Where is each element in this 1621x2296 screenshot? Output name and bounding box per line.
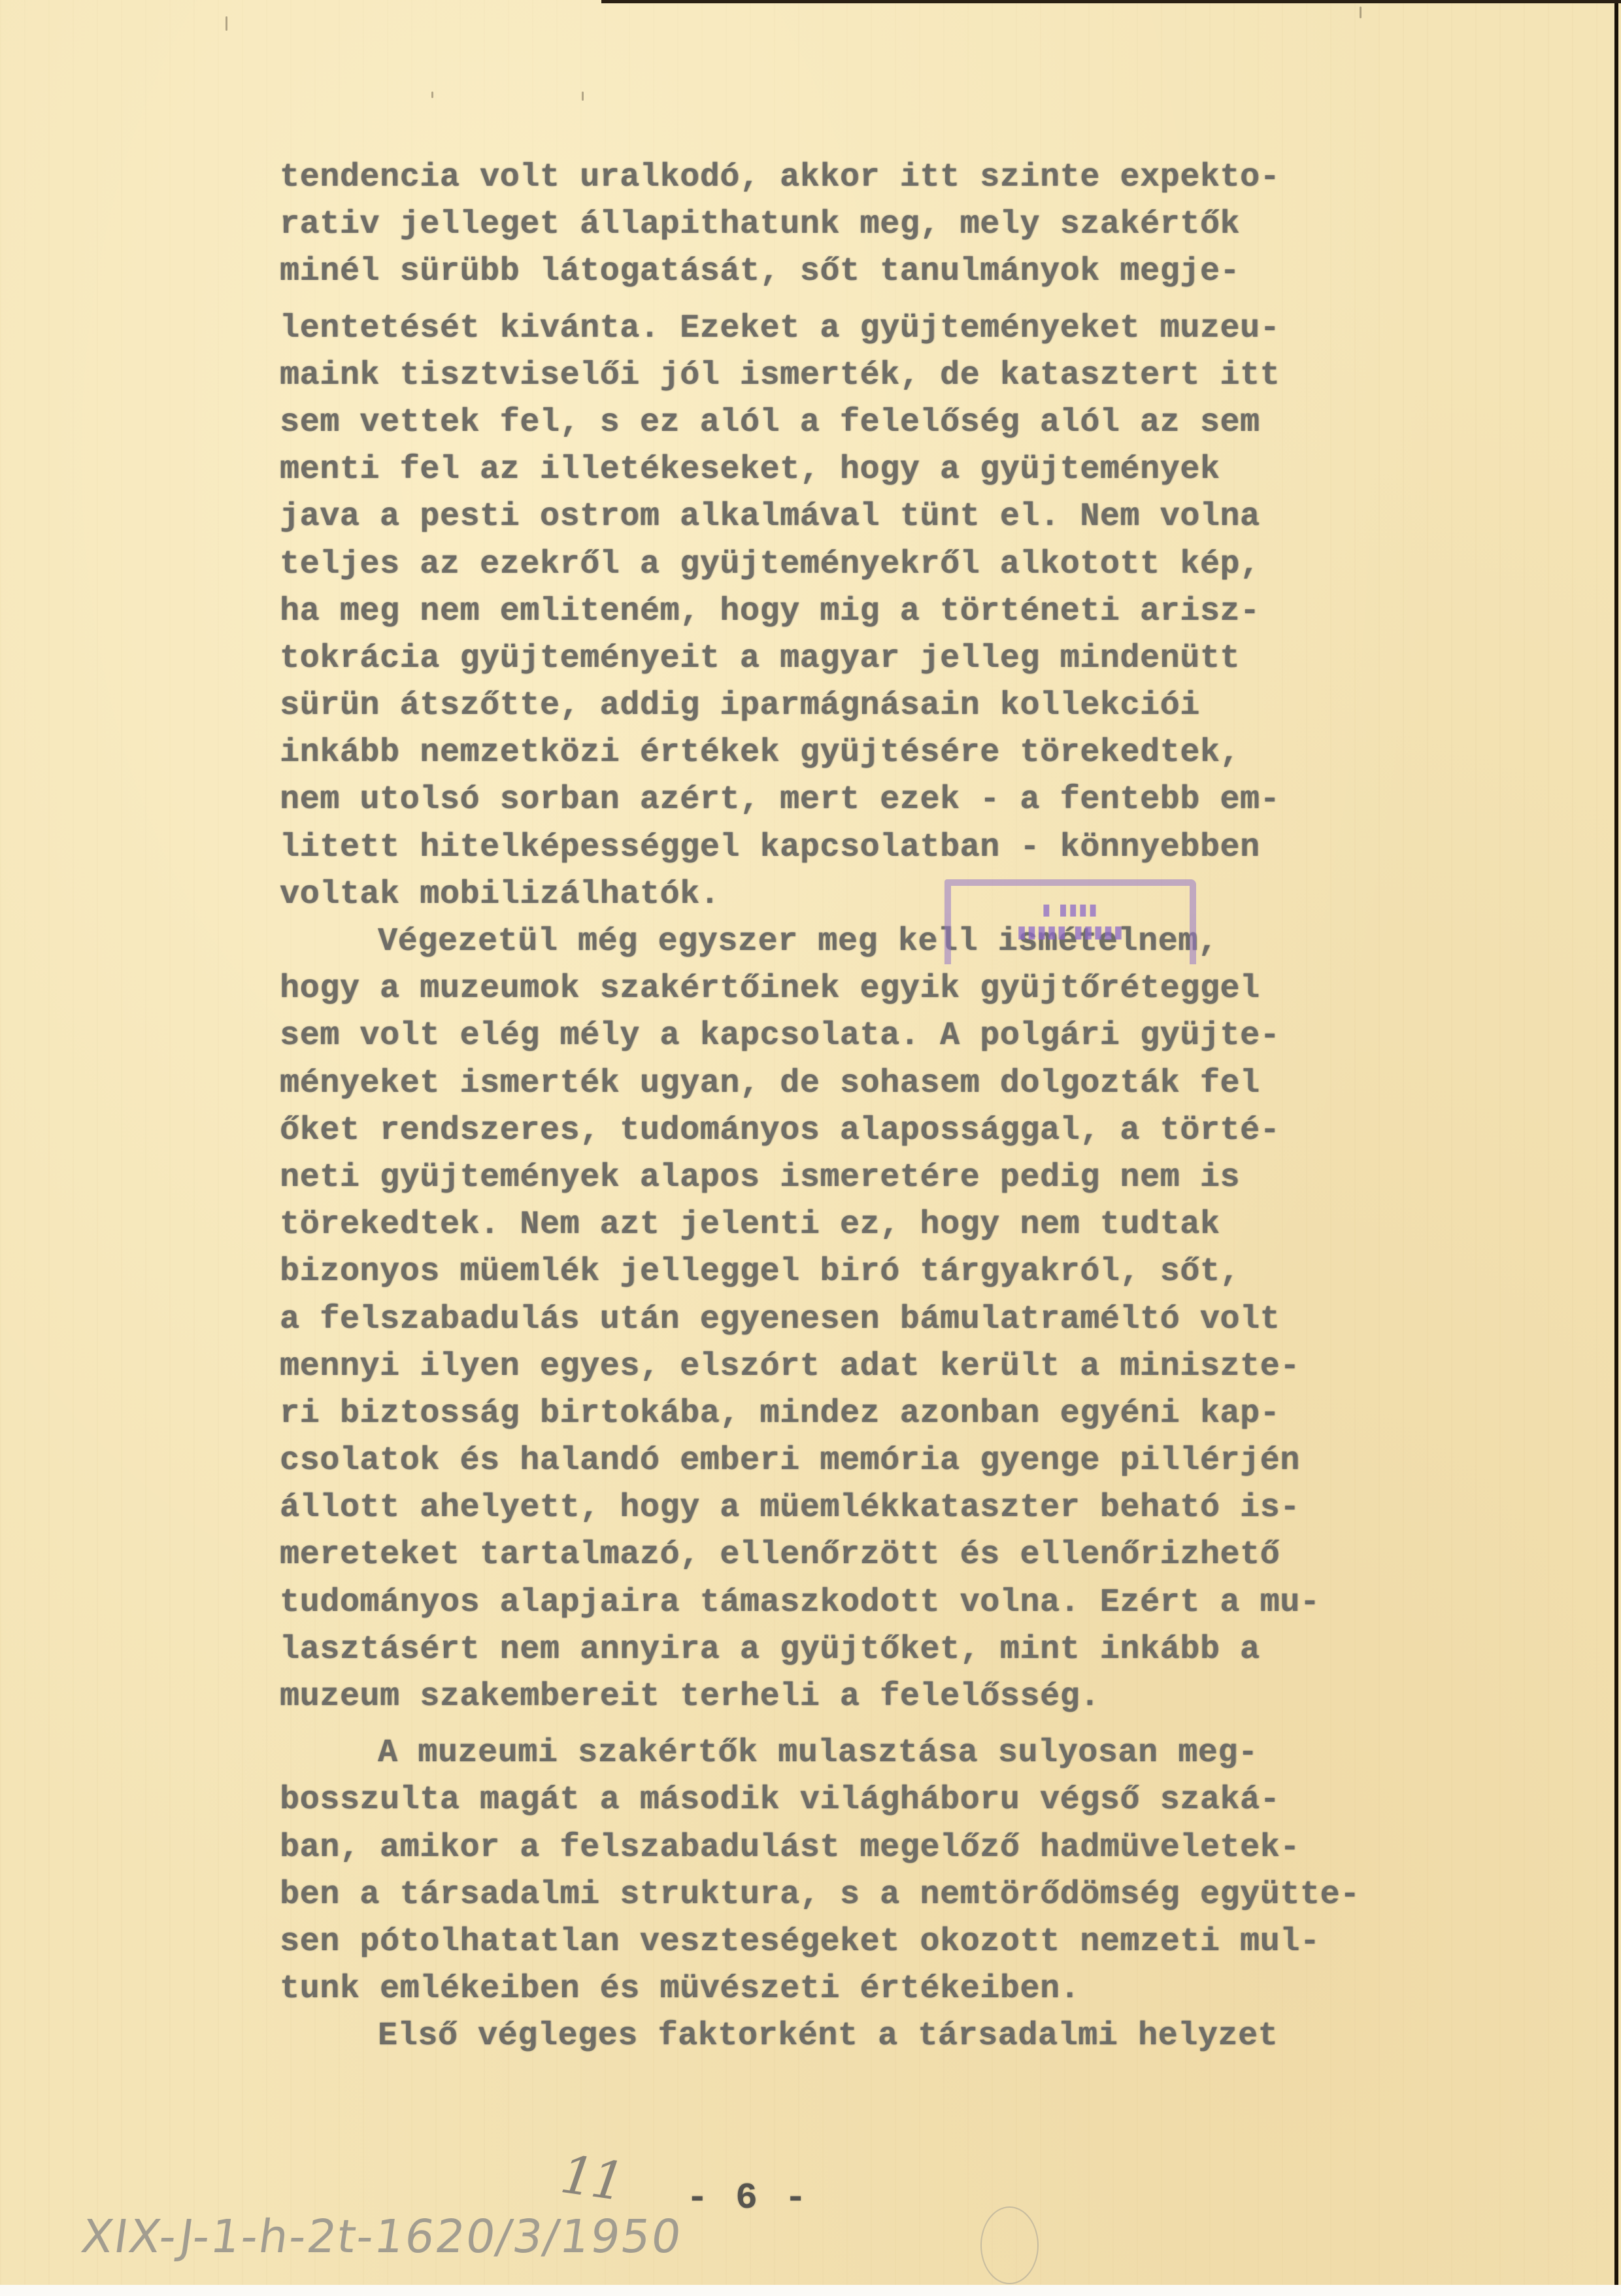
text-line: csolatok és halandó emberi memória gyeng… xyxy=(280,1438,1352,1485)
text-line: rativ jelleget állapithatunk meg, mely s… xyxy=(280,201,1352,248)
paper-speck xyxy=(226,16,227,31)
text-line: ha meg nem emliteném, hogy mig a történe… xyxy=(280,588,1352,635)
text-line: nem utolsó sorban azért, mert ezek - a f… xyxy=(280,777,1352,824)
text-line: litett hitelképességgel kapcsolatban - k… xyxy=(280,824,1352,871)
text-line: java a pesti ostrom alkalmával tünt el. … xyxy=(280,494,1352,541)
text-line: a felszabadulás után egyenesen bámulatra… xyxy=(280,1296,1352,1343)
text-line: Első végleges faktorként a társadalmi he… xyxy=(280,2013,1352,2060)
text-line: tendencia volt uralkodó, akkor itt szint… xyxy=(280,154,1352,201)
text-line: mennyi ilyen egyes, elszórt adat került … xyxy=(280,1343,1352,1391)
archive-signature: XIX-J-1-h-2t-1620/3/1950 xyxy=(78,2210,686,2263)
text-line: sürün átszőtte, addig iparmágnásain koll… xyxy=(280,683,1352,730)
page-number: - 6 - xyxy=(686,2177,809,2219)
text-line: törekedtek. Nem azt jelenti ez, hogy nem… xyxy=(280,1202,1352,1249)
text-line: menti fel az illetékeseket, hogy a gyüjt… xyxy=(280,447,1352,494)
text-line: inkább nemzetközi értékek gyüjtésére tör… xyxy=(280,730,1352,777)
text-line: állott ahelyett, hogy a müemlékkataszter… xyxy=(280,1485,1352,1532)
text-line: maink tisztviselői jól ismerték, de kata… xyxy=(280,352,1352,399)
text-line: A muzeumi szakértők mulasztása sulyosan … xyxy=(280,1730,1352,1777)
text-line: ban, amikor a felszabadulást megelőző ha… xyxy=(280,1825,1352,1872)
stamp-line-1: ▮ ▮▮▮▮ xyxy=(951,900,1190,919)
text-line: bosszulta magát a második világháboru vé… xyxy=(280,1777,1352,1824)
pencil-circle-mark xyxy=(980,2206,1039,2284)
text-line: ri biztosság birtokába, mindez azonban e… xyxy=(280,1391,1352,1438)
typewritten-body: tendencia volt uralkodó, akkor itt szint… xyxy=(280,154,1352,2061)
text-line: lentetését kivánta. Ezeket a gyüjteménye… xyxy=(280,305,1352,352)
text-line: lasztásért nem annyira a gyüjtőket, mint… xyxy=(280,1627,1352,1674)
text-line: ményeket ismerték ugyan, de sohasem dolg… xyxy=(280,1060,1352,1107)
text-line: teljes az ezekről a gyüjteményekről alko… xyxy=(280,541,1352,588)
archive-stamp: ▮ ▮▮▮▮ ▮▮▮▮▮ ▮▮▮▮▮ xyxy=(944,879,1196,964)
handwritten-folio-number: 11 xyxy=(557,2144,626,2212)
text-line: mereteket tartalmazó, ellenőrzött és ell… xyxy=(280,1532,1352,1579)
text-line: ben a társadalmi struktura, s a nemtörőd… xyxy=(280,1872,1352,1919)
scan-bottom-edge xyxy=(0,2285,1621,2296)
text-line: muzeum szakembereit terheli a felelősség… xyxy=(280,1674,1352,1721)
text-line: hogy a muzeumok szakértőinek egyik gyüjt… xyxy=(280,966,1352,1013)
paper-speck xyxy=(1360,7,1362,18)
text-line: tokrácia gyüjteményeit a magyar jelleg m… xyxy=(280,635,1352,683)
text-line: sen pótolhatatlan veszteségeket okozott … xyxy=(280,1919,1352,1966)
text-line: tunk emlékeiben és müvészeti értékeiben. xyxy=(280,1966,1352,2013)
text-line: minél sürübb látogatását, sőt tanulmányo… xyxy=(280,248,1352,295)
stamp-line-2: ▮▮▮▮▮ ▮▮▮▮▮ xyxy=(951,922,1190,942)
text-line: bizonyos müemlék jelleggel biró tárgyakr… xyxy=(280,1249,1352,1296)
text-line: őket rendszeres, tudományos alapossággal… xyxy=(280,1107,1352,1155)
text-line: neti gyüjtemények alapos ismeretére pedi… xyxy=(280,1155,1352,1202)
text-line: sem vettek fel, s ez alól a felelőség al… xyxy=(280,399,1352,447)
text-line: tudományos alapjaira támaszkodott volna.… xyxy=(280,1579,1352,1627)
paper-speck xyxy=(431,92,433,98)
text-line: sem volt elég mély a kapcsolata. A polgá… xyxy=(280,1013,1352,1060)
paper-speck xyxy=(582,92,584,101)
scan-top-edge xyxy=(601,0,1621,3)
